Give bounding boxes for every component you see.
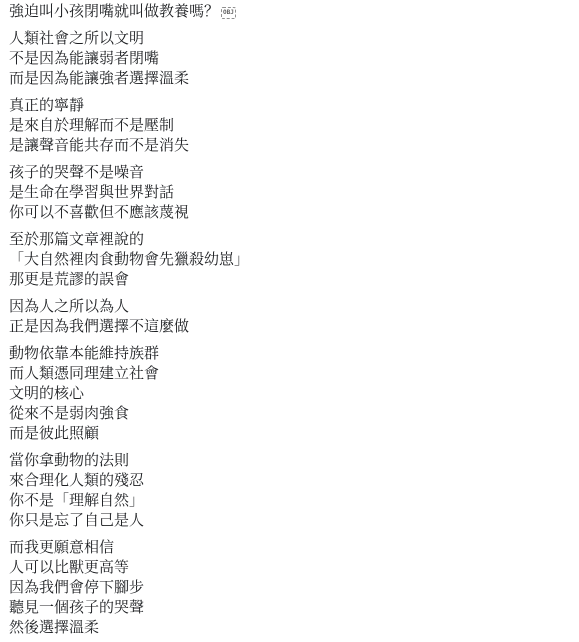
paragraph: 至於那篇文章裡說的「大自然裡肉食動物會先獵殺幼崽」那更是荒謬的誤會: [9, 230, 567, 290]
text-line: 不是因為能讓弱者閉嘴: [9, 49, 567, 69]
paragraph: 動物依靠本能維持族群而人類憑同理建立社會文明的核心從來不是弱肉強食而是彼此照顧: [9, 344, 567, 444]
text-line: 你只是忘了自己是人: [9, 511, 567, 531]
text-line: 那更是荒謬的誤會: [9, 270, 567, 290]
text-line: 你可以不喜歡但不應該蔑視: [9, 203, 567, 223]
text-line: 人可以比獸更高等: [9, 558, 567, 578]
text-line: 孩子的哭聲不是噪音: [9, 163, 567, 183]
text-line: 是生命在學習與世界對話: [9, 183, 567, 203]
text-line: 而是彼此照顧: [9, 424, 567, 444]
text-line: 文明的核心: [9, 384, 567, 404]
post-title: 強迫叫小孩閉嘴就叫做教養嗎？OBJ: [9, 2, 567, 22]
text-line: 因為人之所以為人: [9, 297, 567, 317]
text-line: 你不是「理解自然」: [9, 491, 567, 511]
text-line: 而我更願意相信: [9, 538, 567, 558]
paragraph: 人類社會之所以文明不是因為能讓弱者閉嘴而是因為能讓強者選擇溫柔: [9, 29, 567, 89]
text-line: 聽見一個孩子的哭聲: [9, 598, 567, 618]
text-line: 至於那篇文章裡說的: [9, 230, 567, 250]
text-line: 因為我們會停下腳步: [9, 578, 567, 598]
text-line: 從來不是弱肉強食: [9, 404, 567, 424]
text-line: 然後選擇溫柔: [9, 618, 567, 638]
text-line: 真正的寧靜: [9, 96, 567, 116]
text-line: 來合理化人類的殘忍: [9, 471, 567, 491]
post-body: 人類社會之所以文明不是因為能讓弱者閉嘴而是因為能讓強者選擇溫柔真正的寧靜是來自於…: [9, 29, 567, 638]
paragraph: 而我更願意相信人可以比獸更高等因為我們會停下腳步聽見一個孩子的哭聲然後選擇溫柔: [9, 538, 567, 638]
text-line: 「大自然裡肉食動物會先獵殺幼崽」: [9, 250, 567, 270]
post-title-text: 強迫叫小孩閉嘴就叫做教養嗎？: [9, 3, 219, 20]
text-line: 人類社會之所以文明: [9, 29, 567, 49]
text-line: 動物依靠本能維持族群: [9, 344, 567, 364]
text-line: 當你拿動物的法則: [9, 451, 567, 471]
text-line: 正是因為我們選擇不這麼做: [9, 317, 567, 337]
object-replacement-icon: OBJ: [221, 7, 236, 19]
post-content: 強迫叫小孩閉嘴就叫做教養嗎？OBJ 人類社會之所以文明不是因為能讓弱者閉嘴而是因…: [0, 0, 579, 638]
paragraph: 當你拿動物的法則來合理化人類的殘忍你不是「理解自然」你只是忘了自己是人: [9, 451, 567, 531]
paragraph: 孩子的哭聲不是噪音是生命在學習與世界對話你可以不喜歡但不應該蔑視: [9, 163, 567, 223]
paragraph: 因為人之所以為人正是因為我們選擇不這麼做: [9, 297, 567, 337]
text-line: 是讓聲音能共存而不是消失: [9, 136, 567, 156]
paragraph: 真正的寧靜是來自於理解而不是壓制是讓聲音能共存而不是消失: [9, 96, 567, 156]
text-line: 而是因為能讓強者選擇溫柔: [9, 69, 567, 89]
text-line: 是來自於理解而不是壓制: [9, 116, 567, 136]
text-line: 而人類憑同理建立社會: [9, 364, 567, 384]
